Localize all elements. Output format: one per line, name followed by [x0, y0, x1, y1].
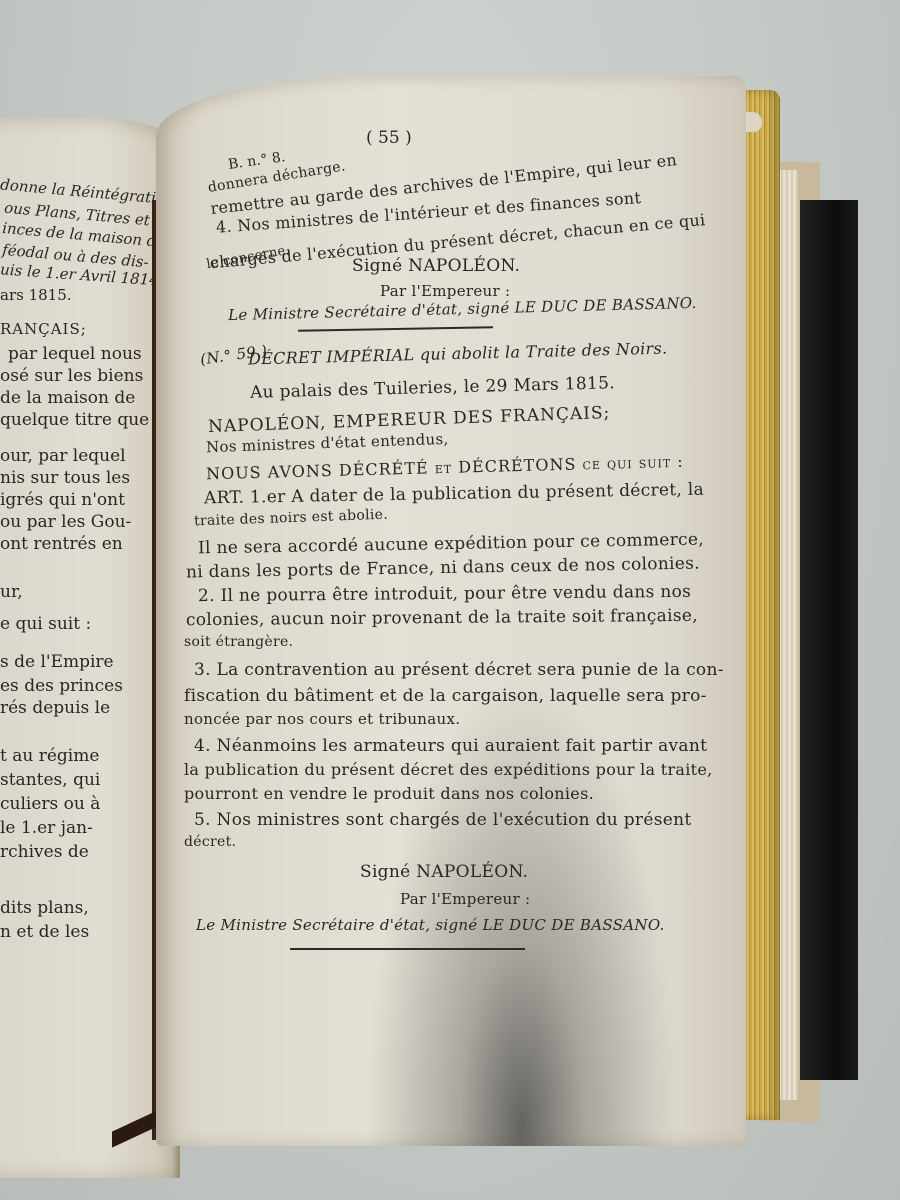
left-line: dits plans, — [0, 898, 89, 918]
article-line: pourront en vendre le produit dans nos c… — [184, 784, 594, 803]
par-empereur: Par l'Empereur : — [380, 282, 510, 300]
article-line: soit étrangère. — [184, 634, 293, 650]
left-line: rchives de — [0, 842, 89, 862]
left-line: le 1.er jan- — [0, 818, 93, 838]
article-line: la publication du présent décret des exp… — [184, 760, 713, 779]
article-line: noncée par nos cours et tribunaux. — [184, 710, 460, 728]
left-line: s de l'Empire — [0, 652, 114, 672]
left-line: ont rentrés en — [0, 534, 123, 554]
left-line: de la maison de — [0, 388, 135, 408]
left-line: rés depuis le — [0, 698, 110, 718]
left-line: e qui suit : — [0, 614, 91, 634]
left-line: t au régime — [0, 746, 99, 766]
left-line: ou par les Gou- — [0, 512, 131, 532]
article-line: 4. Néanmoins les armateurs qui auraient … — [194, 736, 707, 756]
left-line: quelque titre que — [0, 410, 149, 430]
left-line: es des princes — [0, 676, 123, 696]
article-line: décret. — [184, 834, 236, 850]
left-line: n et de les — [0, 922, 89, 942]
cover-spine-dark — [800, 200, 858, 1080]
left-line: culiers ou à — [0, 794, 100, 814]
left-line: our, par lequel — [0, 446, 126, 466]
left-line: ur, — [0, 582, 23, 602]
article-line: 5. Nos ministres sont chargés de l'exécu… — [194, 810, 691, 830]
page-number: ( 55 ) — [366, 128, 412, 148]
article-line: 3. La contravention au présent décret se… — [194, 660, 724, 680]
minister-signature: Le Ministre Secrétaire d'état, signé LE … — [196, 916, 665, 934]
left-line: nis sur tous les — [0, 468, 130, 488]
left-line: RANÇAIS; — [0, 320, 87, 338]
section-rule — [290, 948, 525, 950]
left-line: osé sur les biens — [0, 366, 143, 386]
par-empereur: Par l'Empereur : — [400, 890, 530, 908]
signed-napoleon: Signé NAPOLÉON. — [352, 256, 520, 276]
left-line: igrés qui n'ont — [0, 490, 125, 510]
signed-napoleon: Signé NAPOLÉON. — [360, 862, 528, 882]
article-line: fiscation du bâtiment et de la cargaison… — [184, 686, 707, 706]
left-line: ars 1815. — [0, 286, 72, 304]
left-line: par lequel nous — [8, 344, 142, 364]
left-line: stantes, qui — [0, 770, 100, 790]
book-photo: donne la Réintégration ous Plans, Titres… — [0, 0, 900, 1200]
